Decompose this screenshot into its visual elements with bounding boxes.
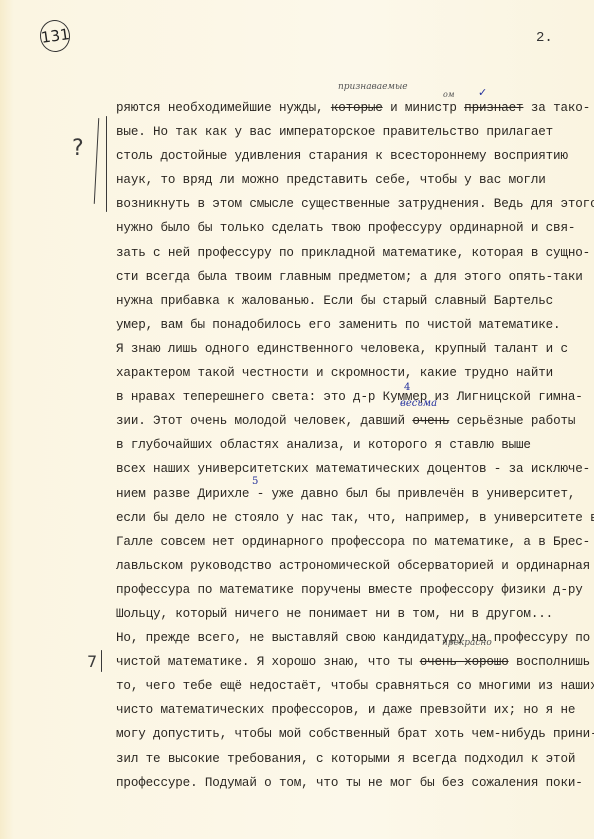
text-line: зать с ней профессуру по прикладной мате… <box>116 241 586 265</box>
text-line: нужно было бы только сделать твою профес… <box>116 216 586 240</box>
margin-question-mark: ? <box>72 136 84 161</box>
text-line: умер, вам бы понадобилось его заменить п… <box>116 313 586 337</box>
text-line: Я знаю лишь одного единственного человек… <box>116 337 586 361</box>
text-line: профессуре. Подумай о том, что ты не мог… <box>116 771 586 795</box>
text-line: зил те высокие требования, с которыми я … <box>116 747 586 771</box>
text-line: если бы дело не стояло у нас так, что, н… <box>116 506 586 530</box>
text-line: то, чего тебе ещё недостаёт, чтобы сравн… <box>116 674 586 698</box>
margin-bar-right <box>106 116 107 212</box>
margin-bar-seven <box>101 650 102 672</box>
document-page: 131 2. ? 7 признаваемые ом ✓ 4 весьма 5 … <box>0 0 594 839</box>
text-line-1: ряются необходимейшие нужды, которые и м… <box>116 96 586 120</box>
text-line: возникнуть в этом смысле существенные за… <box>116 192 586 216</box>
text-line: наук, то вряд ли можно представить себе,… <box>116 168 586 192</box>
text-line-14: зии. Этот очень молодой человек, давший … <box>116 409 586 433</box>
text-line: сти всегда была твоим главным предметом;… <box>116 265 586 289</box>
text-line: чисто математических профессоров, и даже… <box>116 698 586 722</box>
text-line: могу допустить, чтобы мой собственный бр… <box>116 722 586 746</box>
margin-seven-mark: 7 <box>87 652 97 671</box>
text-line: вые. Но так как у вас императорское прав… <box>116 120 586 144</box>
archive-number-stamp: 131 <box>38 18 72 54</box>
text-line: столь достойные удивления старания к все… <box>116 144 586 168</box>
margin-bar-left <box>94 118 100 204</box>
text-line: нужна прибавка к жалованью. Если бы стар… <box>116 289 586 313</box>
text-line-24: чистой математике. Я хорошо знаю, что ты… <box>116 650 586 674</box>
text-line: Но, прежде всего, не выставляй свою канд… <box>116 626 586 650</box>
handwritten-insert-priznavaemye: признаваемые <box>338 82 408 92</box>
typed-body-text: ряются необходимейшие нужды, которые и м… <box>116 96 586 795</box>
page-number: 2. <box>536 30 553 46</box>
text-line: характером такой честности и скромности,… <box>116 361 586 385</box>
text-line: нием разве Дирихле - уже давно был бы пр… <box>116 482 586 506</box>
text-line: в глубочайших областях анализа, и которо… <box>116 433 586 457</box>
text-line: профессура по математике поручены вместе… <box>116 578 586 602</box>
text-line: лавльском руководство астрономической об… <box>116 554 586 578</box>
text-line: Шольцу, который ничего не понимает ни в … <box>116 602 586 626</box>
text-line: Галле совсем нет ординарного профессора … <box>116 530 586 554</box>
text-line: в нравах теперешнего света: это д-р Кумм… <box>116 385 586 409</box>
text-line: всех наших университетских математически… <box>116 457 586 481</box>
